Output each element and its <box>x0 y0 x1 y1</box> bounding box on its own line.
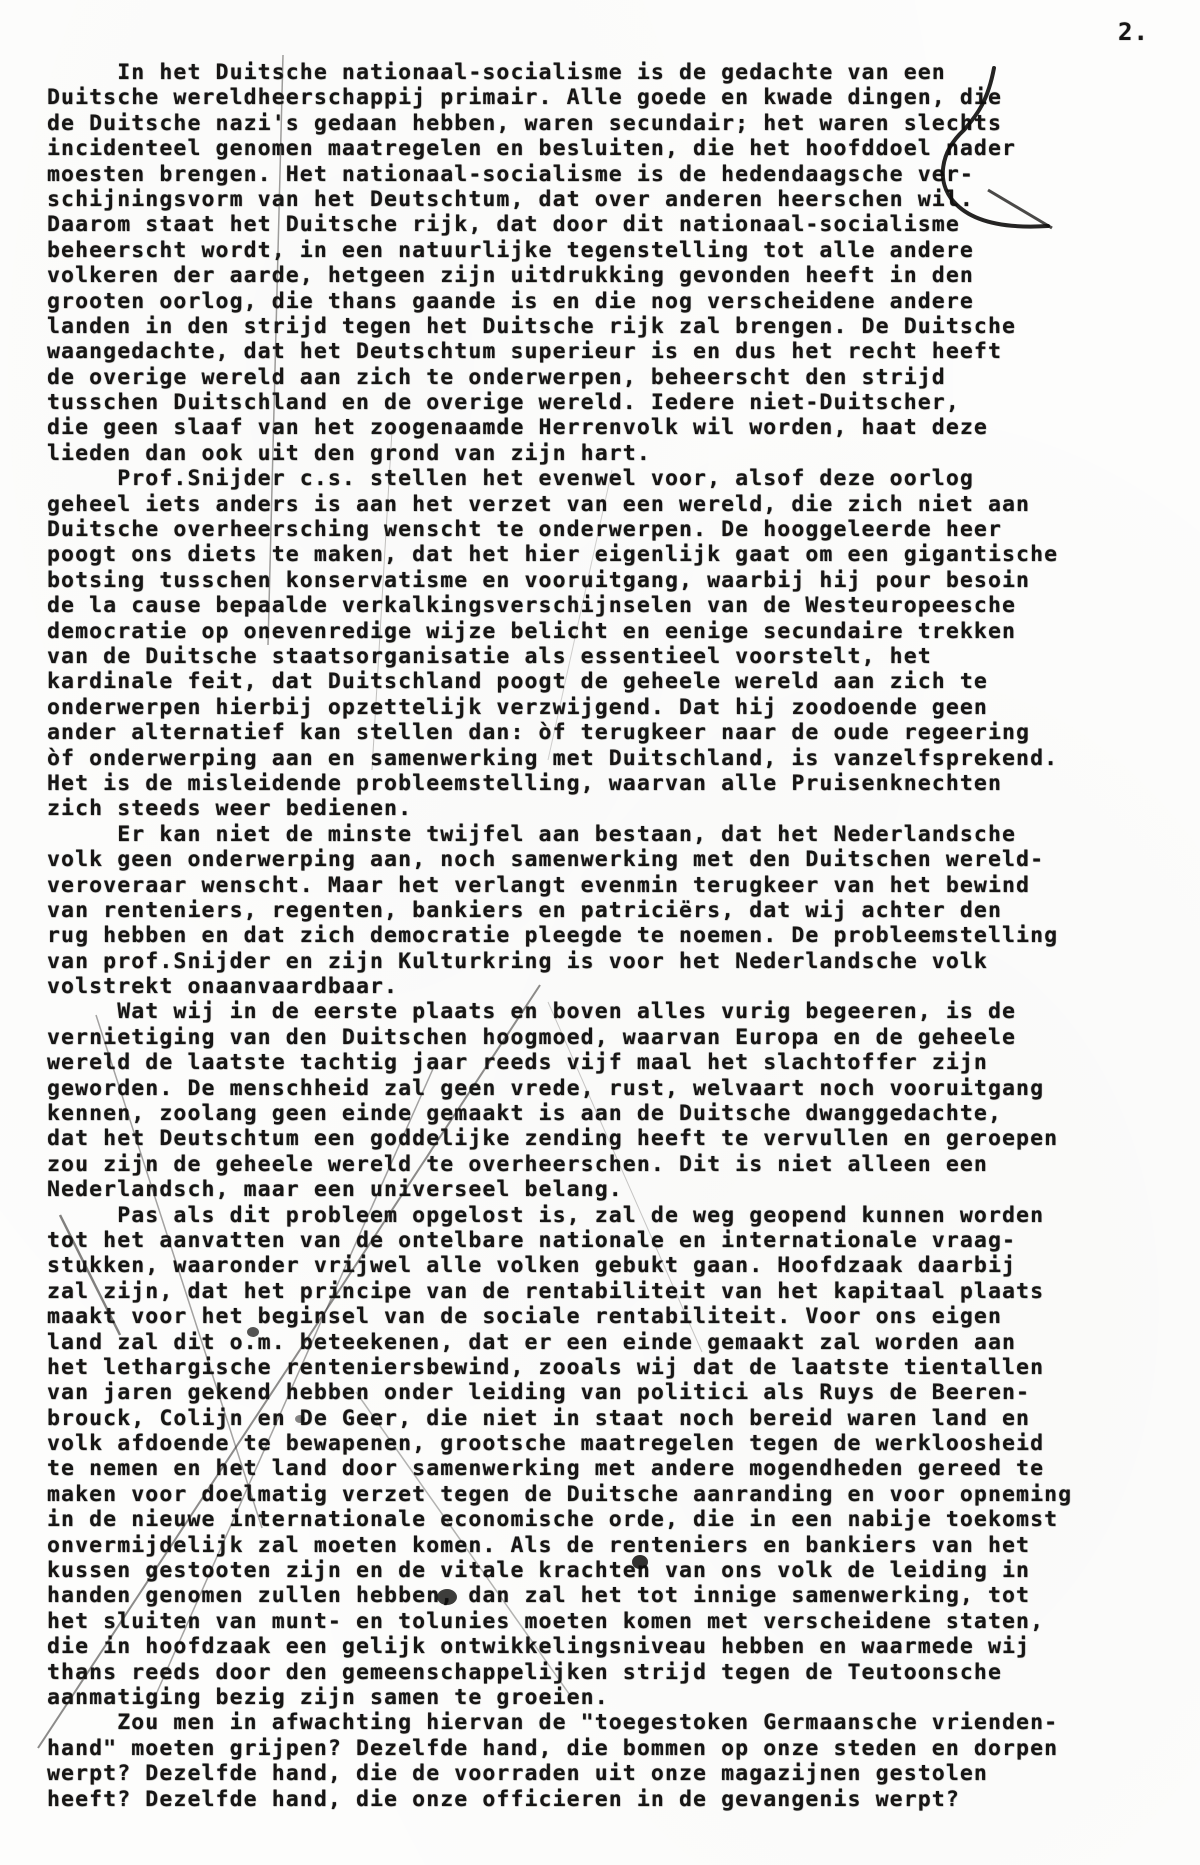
text-line: die in hoofdzaak een gelijk ontwikkeling… <box>47 1634 1167 1659</box>
text-line: kardinale feit, dat Duitschland poogt de… <box>47 669 1167 694</box>
text-line: aanmatiging bezig zijn samen te groeien. <box>47 1685 1167 1710</box>
text-line: geheel iets anders is aan het verzet van… <box>47 492 1167 517</box>
text-line: heeft? Dezelfde hand, die onze officiere… <box>47 1787 1167 1812</box>
text-line: in de nieuwe internationale economische … <box>47 1507 1167 1532</box>
text-line: de Duitsche nazi's gedaan hebben, waren … <box>47 111 1167 136</box>
text-line: Pas als dit probleem opgelost is, zal de… <box>47 1203 1167 1228</box>
text-line: te nemen en het land door samenwerking m… <box>47 1456 1167 1481</box>
text-line: Het is de misleidende probleemstelling, … <box>47 771 1167 796</box>
text-line: van jaren gekend hebben onder leiding va… <box>47 1380 1167 1405</box>
text-line: geworden. De menschheid zal geen vrede, … <box>47 1076 1167 1101</box>
text-line: ander alternatief kan stellen dan: òf te… <box>47 720 1167 745</box>
text-line: volk geen onderwerping aan, noch samenwe… <box>47 847 1167 872</box>
text-line: zich steeds weer bedienen. <box>47 796 1167 821</box>
text-line: werpt? Dezelfde hand, die de voorraden u… <box>47 1761 1167 1786</box>
text-line: dat het Deutschtum een goddelijke zendin… <box>47 1126 1167 1151</box>
text-line: Prof.Snijder c.s. stellen het evenwel vo… <box>47 466 1167 491</box>
text-line: de overige wereld aan zich te onderwerpe… <box>47 365 1167 390</box>
text-line: botsing tusschen konservatisme en voorui… <box>47 568 1167 593</box>
text-line: In het Duitsche nationaal-socialisme is … <box>47 60 1167 85</box>
text-line: van renteniers, regenten, bankiers en pa… <box>47 898 1167 923</box>
text-line: onvermijdelijk zal moeten komen. Als de … <box>47 1533 1167 1558</box>
text-line: Daarom staat het Duitsche rijk, dat door… <box>47 212 1167 237</box>
text-line: waangedachte, dat het Deutschtum superie… <box>47 339 1167 364</box>
text-line: hand" moeten grijpen? Dezelfde hand, die… <box>47 1736 1167 1761</box>
text-line: Wat wij in de eerste plaats en boven all… <box>47 999 1167 1024</box>
text-line: òf onderwerping aan en samenwerking met … <box>47 746 1167 771</box>
page-number: 2. <box>1118 18 1149 46</box>
text-line: Er kan niet de minste twijfel aan bestaa… <box>47 822 1167 847</box>
text-line: moesten brengen. Het nationaal-socialism… <box>47 162 1167 187</box>
text-line: onderwerpen hierbij opzettelijk verzwijg… <box>47 695 1167 720</box>
text-line: brouck, Colijn en De Geer, die niet in s… <box>47 1406 1167 1431</box>
document-page: 2. In het Duitsche nationaal-socialisme … <box>0 0 1200 1865</box>
text-line: land zal dit o.m. beteekenen, dat er een… <box>47 1330 1167 1355</box>
text-line: volkeren der aarde, hetgeen zijn uitdruk… <box>47 263 1167 288</box>
text-line: wereld de laatste tachtig jaar reeds vij… <box>47 1050 1167 1075</box>
text-line: van de Duitsche staatsorganisatie als es… <box>47 644 1167 669</box>
text-line: poogt ons diets te maken, dat het hier e… <box>47 542 1167 567</box>
text-line: veroveraar wenscht. Maar het verlangt ev… <box>47 873 1167 898</box>
text-line: kennen, zoolang geen einde gemaakt is aa… <box>47 1101 1167 1126</box>
text-line: zou zijn de geheele wereld te overheersc… <box>47 1152 1167 1177</box>
text-line: van prof.Snijder en zijn Kulturkring is … <box>47 949 1167 974</box>
text-line: die geen slaaf van het zoogenaamde Herre… <box>47 415 1167 440</box>
text-line: de la cause bepaalde verkalkingsverschij… <box>47 593 1167 618</box>
text-line: maakt voor het beginsel van de sociale r… <box>47 1304 1167 1329</box>
text-line: Duitsche wereldheerschappij primair. All… <box>47 85 1167 110</box>
text-line: het sluiten van munt- en tolunies moeten… <box>47 1609 1167 1634</box>
text-line: maken voor doelmatig verzet tegen de Dui… <box>47 1482 1167 1507</box>
text-line: kussen gestooten zijn en de vitale krach… <box>47 1558 1167 1583</box>
text-line: democratie op onevenredige wijze belicht… <box>47 619 1167 644</box>
text-line: rug hebben en dat zich democratie pleegd… <box>47 923 1167 948</box>
text-line: handen genomen zullen hebben, dan zal he… <box>47 1583 1167 1608</box>
text-line: Duitsche overheersching wenscht te onder… <box>47 517 1167 542</box>
text-line: schijningsvorm van het Deutschtum, dat o… <box>47 187 1167 212</box>
text-line: thans reeds door den gemeenschappelijken… <box>47 1660 1167 1685</box>
text-line: beheerscht wordt, in een natuurlijke teg… <box>47 238 1167 263</box>
text-line: landen in den strijd tegen het Duitsche … <box>47 314 1167 339</box>
text-line: volk afdoende te bewapenen, grootsche ma… <box>47 1431 1167 1456</box>
text-line: incidenteel genomen maatregelen en beslu… <box>47 136 1167 161</box>
text-line: grooten oorlog, die thans gaande is en d… <box>47 289 1167 314</box>
text-line: lieden dan ook uit den grond van zijn ha… <box>47 441 1167 466</box>
text-line: stukken, waaronder vrijwel alle volken g… <box>47 1253 1167 1278</box>
text-line: Nederlandsch, maar een universeel belang… <box>47 1177 1167 1202</box>
text-line: het lethargische renteniersbewind, zooal… <box>47 1355 1167 1380</box>
text-line: tusschen Duitschland en de overige werel… <box>47 390 1167 415</box>
text-line: tot het aanvatten van de ontelbare natio… <box>47 1228 1167 1253</box>
text-line: vernietiging van den Duitschen hoogmoed,… <box>47 1025 1167 1050</box>
text-line: volstrekt onaanvaardbaar. <box>47 974 1167 999</box>
text-line: Zou men in afwachting hiervan de "toeges… <box>47 1710 1167 1735</box>
document-body: In het Duitsche nationaal-socialisme is … <box>47 60 1167 1812</box>
text-line: zal zijn, dat het principe van de rentab… <box>47 1279 1167 1304</box>
